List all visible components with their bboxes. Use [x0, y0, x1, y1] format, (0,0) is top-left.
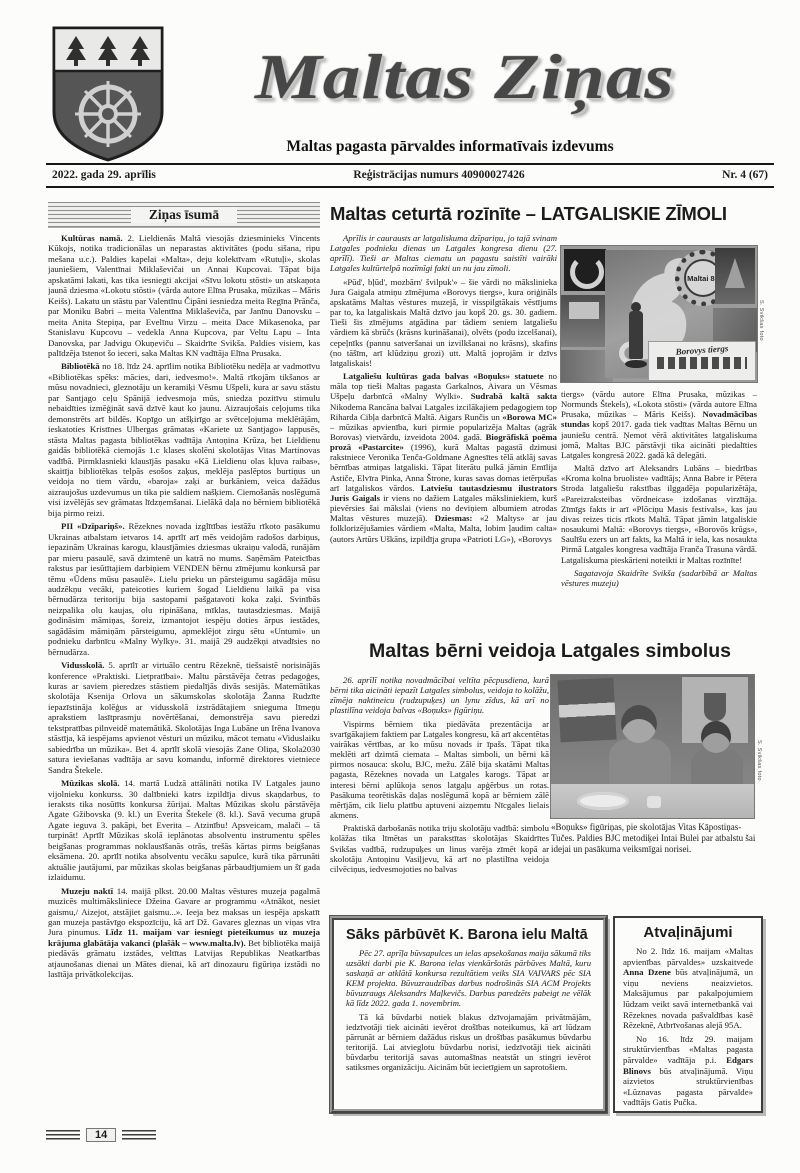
bold-run: Sudrabā kaltā sakta	[471, 391, 557, 401]
news-brief-column: Ziņas īsumā Kultūras namā. 2. Lieldienās…	[48, 202, 320, 1115]
vacations-body: No 2. līdz 16. maijam «Maltas apvienības…	[623, 946, 753, 1108]
dateline: 2022. gada 29. aprīlis Reģistrācijas num…	[46, 163, 774, 188]
brief-text: Rēzeknes novada izglītības iestāžu rīkot…	[48, 521, 320, 656]
bold-run: «Borowa MC»	[502, 412, 557, 422]
brief-text: 14. martā Ludzā attālināti notika IV Lat…	[48, 778, 320, 882]
article1-paragraph-1: «Pūd', bļūd', mozbārn' švilpuk'» – šie v…	[330, 277, 557, 368]
logo-figures	[657, 357, 747, 369]
borovys-tiergs-logo: Borovys tiergs	[649, 342, 755, 380]
flag-emblem-shape	[704, 693, 726, 721]
article2-paragraph-1: Vispirms bērniem tika piedāvāta prezentā…	[330, 719, 549, 821]
statuette-body	[629, 311, 643, 359]
article1-paragraph-2: Latgaliešu kultūras gada balvas «Boņuks»…	[330, 371, 557, 544]
child-head	[621, 705, 657, 743]
article1-signature: Sagatavoja Skaidrīte Svikša (sadarbībā a…	[561, 568, 757, 588]
street-rebuild-intro: Pēc 27. aprīļa būvsapulces un ielas apse…	[346, 948, 591, 1009]
article1-paragraph-3: Maltā dzīvo arī Aleksandrs Lubāns – bied…	[561, 463, 757, 565]
child-figure	[609, 739, 671, 787]
article1-paragraph-continued: tiergs» (vārdu autore Elīna Prusaka, mūz…	[561, 389, 757, 460]
article1-column-left: Aprīlis ir caurausts ar latgaliskuma dzī…	[330, 233, 557, 640]
brief-item-vidusskola: Vidusskolā. 5. aprīlī ar virtuālo centru…	[48, 660, 320, 775]
news-brief-header: Ziņas īsumā	[48, 202, 320, 228]
cup-shape	[647, 796, 661, 808]
photo1-credit: S. Svikšas foto	[758, 300, 764, 341]
bold-run: Dziesmas:	[435, 513, 473, 523]
photo2-credit: S. Svikšas foto	[756, 740, 762, 781]
street-rebuild-box: Sāks pārbūvēt K. Barona ielu Maltā Pēc 2…	[330, 916, 607, 1113]
vacations-paragraph-1: No 2. līdz 16. maijam «Maltas apvienības…	[623, 946, 753, 1031]
street-rebuild-paragraph: Tā kā būvdarbi notiek blakus dzīvojamajā…	[346, 1012, 591, 1073]
bonuks-statuette	[625, 302, 647, 378]
registration-number: Reģistrācijas numurs 40900027426	[353, 169, 524, 181]
decor-lines	[122, 1130, 156, 1141]
plate-shape	[577, 792, 629, 810]
issue-date: 2022. gada 29. aprīlis	[52, 169, 156, 181]
statuette-base	[625, 360, 647, 368]
brief-text: 2. Lieldienās Maltā viesojās dziesminiek…	[48, 233, 320, 358]
page-number-block: 14	[46, 1128, 156, 1142]
brief-lead: Muzeju naktī	[61, 886, 113, 896]
article2-photo-caption: «Boņuks» figūriņas, pie skolotājas Vitas…	[551, 822, 757, 868]
child-head	[701, 721, 731, 753]
bold-run: Latgaliešu kultūras gada balvas «Boņuks»…	[343, 371, 544, 381]
sakta-brooch-photo	[564, 249, 606, 291]
vacations-paragraph-2: No 16. līdz 29. maijam struktūrvienības …	[623, 1034, 753, 1108]
screen-shape	[569, 302, 599, 319]
street-rebuild-title: Sāks pārbūvēt K. Barona ielu Maltā	[346, 927, 591, 943]
poster-photo	[715, 248, 755, 304]
person-name: Anna Dzene	[623, 967, 671, 977]
flag-left-graphic	[557, 678, 616, 743]
article1-intro: Aprīlis ir caurausts ar latgaliskuma dzī…	[330, 233, 557, 274]
article1-headline: Maltas ceturtā rozīnīte – LATGALISKIE ZĪ…	[330, 203, 770, 225]
poster-shape	[725, 258, 745, 288]
brief-item-pii-dziparins: PII «Dzīpariņš». Rēzeknes novada izglītī…	[48, 521, 320, 657]
brief-lead: Kultūras namā.	[61, 233, 123, 243]
street-rebuild-body: Pēc 27. aprīļa būvsapulces un ielas apse…	[346, 948, 591, 1072]
article2-intro: 26. aprīlī notika novadmācībai veltīta p…	[330, 675, 549, 716]
newspaper-title: Maltas Ziņas	[96, 40, 800, 114]
brief-item-muzeju-nakti: Muzeju naktī 14. maijā plkst. 20.00 Malt…	[48, 886, 320, 980]
news-brief-title: Ziņas īsumā	[131, 207, 237, 223]
article2-column-left: 26. aprīlī notika novadmācībai veltīta p…	[330, 675, 549, 907]
article2-headline: Maltas bērni veidoja Latgales simbolus	[330, 640, 770, 663]
brief-lead: Bibliotēkā	[61, 361, 100, 371]
article2-paragraph-2: Praktiskā darbošanās notika triju skolot…	[330, 823, 549, 874]
newspaper-subtitle: Maltas pagasta pārvaldes informatīvais i…	[170, 138, 730, 156]
brief-text: no 18. līdz 24. aprīlim notika Bibliotēk…	[48, 361, 320, 517]
brief-lead: Mūzikas skolā.	[61, 778, 120, 788]
presentation-photo	[561, 295, 607, 347]
decor-lines	[46, 1130, 80, 1141]
issue-number: Nr. 4 (67)	[722, 169, 768, 181]
brief-lead: Vidusskolā.	[61, 660, 104, 670]
text-run: No 2. līdz 16. maijam «Maltas apvienības…	[623, 946, 753, 967]
text-run: kopš 2017. gada tiek vadītas Maltas Bērn…	[561, 419, 757, 459]
article1-column-right: tiergs» (vārdu autore Elīna Prusaka, mūz…	[561, 389, 757, 639]
brief-item-muzikas-skola: Mūzikas skolā. 14. martā Ludzā attālināt…	[48, 778, 320, 883]
horseshoe-brooch-icon	[570, 255, 604, 289]
brief-item-kulturas-nama: Kultūras namā. 2. Lieldienās Maltā vieso…	[48, 233, 320, 358]
brief-text: 5. aprīlī ar virtuālo centru Rēzeknē, ti…	[48, 660, 320, 775]
newspaper-page: Maltas Ziņas Maltas pagasta pārvaldes in…	[0, 0, 800, 1173]
vacations-title: Atvaļinājumi	[623, 924, 753, 941]
child-figure	[691, 749, 743, 789]
news-brief-body: Kultūras namā. 2. Lieldienās Maltā vieso…	[48, 233, 320, 1115]
brief-lead: PII «Dzīpariņš».	[61, 521, 125, 531]
article1-photo-collage: Maltai 85 Borovys tiergs	[561, 246, 757, 382]
vacations-box: Atvaļinājumi No 2. līdz 16. maijam «Malt…	[613, 916, 763, 1113]
article2-photo	[551, 675, 754, 818]
brief-item-biblioteka: Bibliotēkā no 18. līdz 24. aprīlim notik…	[48, 361, 320, 518]
page-number: 14	[86, 1128, 116, 1142]
